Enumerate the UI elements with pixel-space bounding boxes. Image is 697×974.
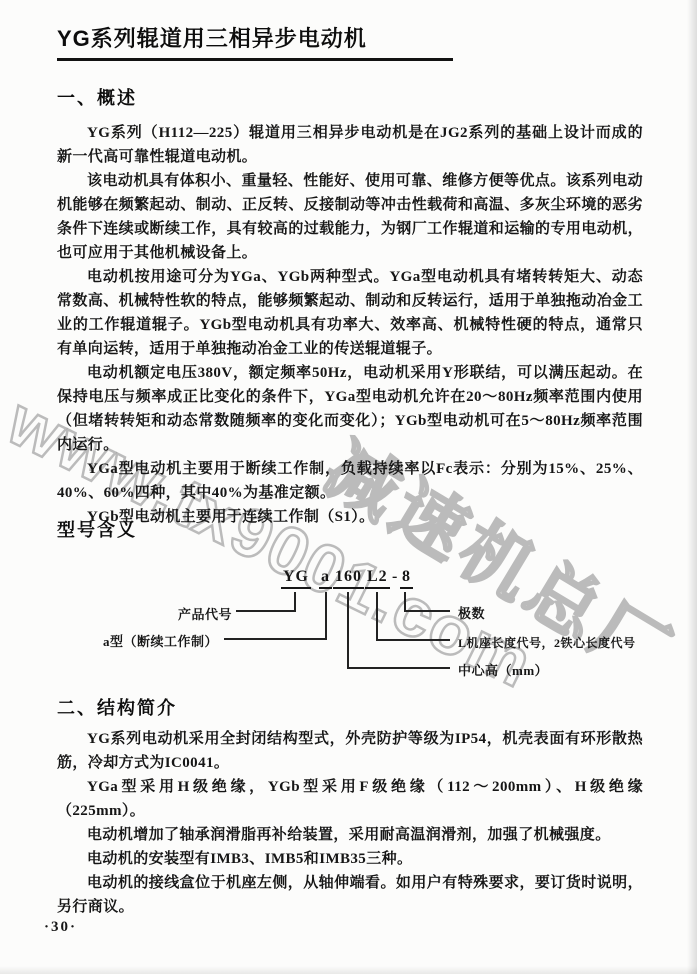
diagram-label-center-height: 中心高（mm） <box>458 660 548 679</box>
overview-paragraphs: YG系列（H112—225）辊道用三相异步电动机是在JG2系列的基础上设计而成的… <box>57 121 643 529</box>
title-underline <box>57 58 453 61</box>
paragraph: 电动机的安装型有IMB3、IMB5和IMB35三种。 <box>57 847 643 871</box>
connector-line <box>347 667 450 669</box>
paragraph: 电动机额定电压380V，额定频率50Hz，电动机采用Y形联结，可以满压起动。在保… <box>57 361 643 457</box>
document-page: www.tx9001.com 减速机总厂 YG系列辊道用三相异步电动机 一、概述… <box>0 0 697 974</box>
model-code-center-height: 160 <box>333 568 364 589</box>
diagram-label-duty-type: a型（断续工作制） <box>82 631 218 650</box>
connector-line <box>325 592 327 640</box>
page-title: YG系列辊道用三相异步电动机 <box>57 22 367 53</box>
connector-line <box>404 592 406 611</box>
model-code-frame-length: L2 <box>365 568 390 589</box>
connector-line <box>376 592 378 641</box>
model-code-poles: 8 <box>400 568 413 589</box>
content-layer: YG系列辊道用三相异步电动机 一、概述 YG系列（H112—225）辊道用三相异… <box>0 0 697 974</box>
structure-paragraphs: YG系列电动机采用全封闭结构型式，外壳防护等级为IP54，机壳表面有环形散热筋，… <box>57 727 643 919</box>
diagram-label-poles: 极数 <box>458 603 485 622</box>
paragraph: 电动机的接线盒位于机座左侧，从轴伸端看。如用户有特殊要求，要订货时说明，另行商议… <box>57 871 643 919</box>
connector-line <box>404 610 450 612</box>
section-heading-structure: 二、结构简介 <box>57 694 177 720</box>
connector-line <box>347 592 349 669</box>
paragraph: YG系列电动机采用全封闭结构型式，外壳防护等级为IP54，机壳表面有环形散热筋，… <box>57 727 643 775</box>
paragraph: 电动机按用途可分为YGa、YGb两种型式。YGa型电动机具有堵转转矩大、动态常数… <box>57 265 643 361</box>
model-designation-diagram: YG a 160 L2 - 8 产品代号 a型（断续工作制） 极数 L机座长度代… <box>0 560 697 710</box>
connector-line <box>224 638 327 640</box>
section-heading-overview: 一、概述 <box>57 84 137 110</box>
paragraph: YG系列（H112—225）辊道用三相异步电动机是在JG2系列的基础上设计而成的… <box>57 121 643 169</box>
section-heading-model-meaning: 型号含义 <box>57 516 137 542</box>
paragraph: 电动机增加了轴承润滑脂再补给装置，采用耐高温润滑剂，加强了机械强度。 <box>57 823 643 847</box>
paragraph: YGa型电动机主要用于断续工作制，负载持续率以Fc表示：分别为15%、25%、4… <box>57 457 643 505</box>
connector-line <box>294 592 296 612</box>
model-code-product: YG <box>281 568 311 589</box>
connector-line <box>376 639 450 641</box>
diagram-label-product-code: 产品代号 <box>96 604 232 623</box>
paragraph: 该电动机具有体积小、重量轻、性能好、使用可靠、维修方便等优点。该系列电动机能够在… <box>57 169 643 265</box>
paragraph: YGa型采用H级绝缘，YGb型采用F级绝缘（112～200mm）、H级绝缘（22… <box>57 775 643 823</box>
connector-line <box>236 610 296 612</box>
diagram-label-frame-length: L机座长度代号，2铁心长度代号 <box>458 634 636 651</box>
model-code-duty: a <box>319 568 332 589</box>
paragraph: YGb型电动机主要用于连续工作制（S1）。 <box>57 505 643 529</box>
page-number: ·30· <box>44 919 77 936</box>
model-code-dash: - <box>390 568 400 587</box>
